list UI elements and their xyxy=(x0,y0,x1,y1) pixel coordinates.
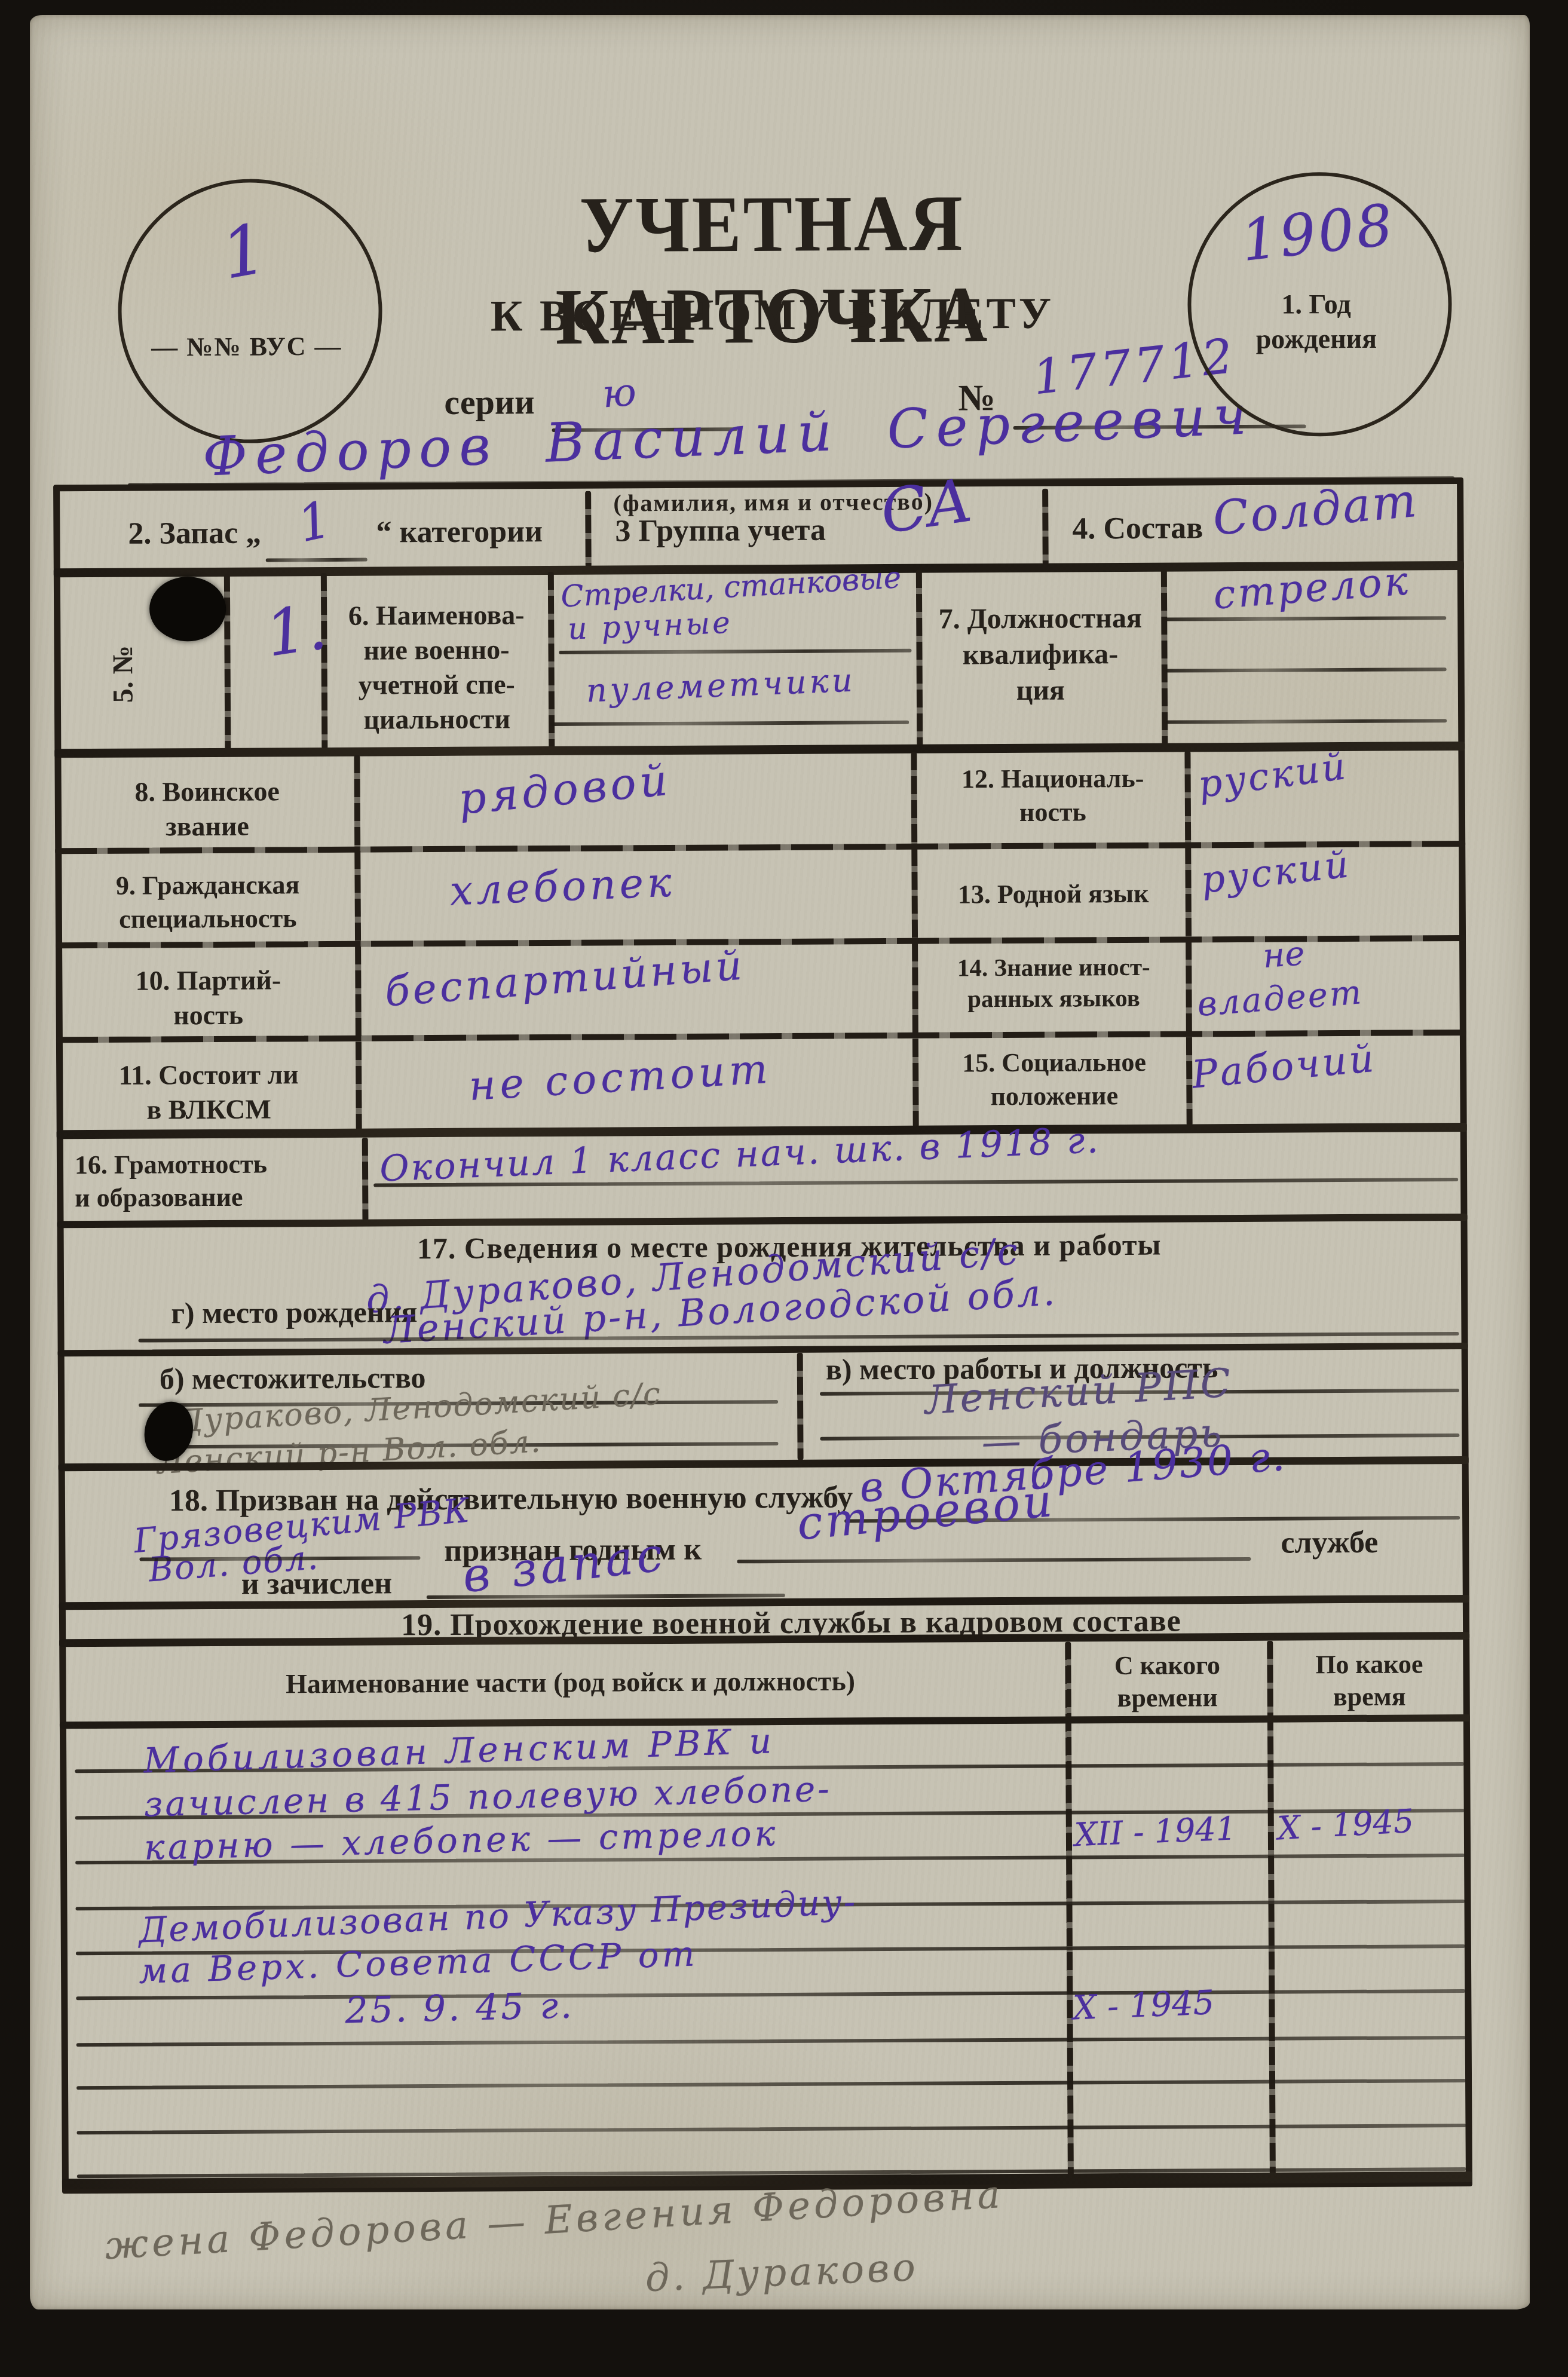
name-value: Федоров Василий Сергеевич xyxy=(201,384,1255,489)
table-col2-header-1: С какого xyxy=(1070,1650,1264,1681)
card-sheet: 1 — №№ ВУС — УЧЕТНАЯ КАРТОЧКА К ВОЕННОМУ… xyxy=(24,11,1536,2313)
row9-label-1: 9. Гражданская xyxy=(70,869,345,901)
hole-punch-top xyxy=(149,577,226,642)
service-entry2-line3: 25. 9. 45 г. xyxy=(345,1984,575,2032)
row15-label-1: 15. Социальное xyxy=(923,1046,1186,1078)
year-circle-label-1: 1. Год xyxy=(1187,287,1444,320)
field3-value: СА xyxy=(877,465,977,547)
service-entry2-from: X - 1945 xyxy=(1072,1983,1215,2027)
row2-divider-2 xyxy=(1042,489,1049,565)
row10-label-2: ность xyxy=(71,998,346,1031)
field4-label: 4. Состав xyxy=(1072,510,1203,546)
field3-label: 3 Группа учета xyxy=(615,513,826,549)
row11-label-1: 11. Состоит ли xyxy=(71,1058,346,1091)
table-col2-header-2: времени xyxy=(1070,1682,1265,1714)
row12-label-2: ность xyxy=(921,796,1184,828)
card-subtitle: К ВОЕННОМУ БИЛЕТУ xyxy=(384,288,1160,343)
scanned-military-card: { "colors": { "paper": "#c7c3b4", "print… xyxy=(0,0,1568,2377)
service-entry1-to: X - 1945 xyxy=(1276,1802,1415,1848)
service-entry1-from: XII - 1941 xyxy=(1074,1809,1237,1854)
table-col3-header-1: По какое xyxy=(1272,1649,1466,1680)
residence-label: б) местожительство xyxy=(160,1360,426,1396)
fit-suffix: службе xyxy=(1281,1525,1378,1561)
row14-label-1: 14. Знание иност- xyxy=(922,952,1185,982)
row16-label-2: и образование xyxy=(75,1182,243,1213)
row2-divider-1 xyxy=(585,491,592,568)
row14-label-2: ранных языков xyxy=(922,983,1185,1013)
footer-note-2: д. Дураково xyxy=(644,2246,919,2301)
s17-column-divider xyxy=(797,1353,804,1460)
row16-label-1: 16. Грамотность xyxy=(75,1148,267,1180)
row13-label: 13. Родной язык xyxy=(922,878,1185,909)
card-paper: 1 — №№ ВУС — УЧЕТНАЯ КАРТОЧКА К ВОЕННОМУ… xyxy=(30,15,1530,2309)
row10-label-1: 10. Партий- xyxy=(71,964,345,997)
row8-label-2: звание xyxy=(70,810,345,843)
field6-label-3: учетной спе- xyxy=(326,668,547,701)
field6-label-4: циальности xyxy=(326,703,547,736)
year-circle-label-2: рождения xyxy=(1188,322,1445,355)
row567-divider-5 xyxy=(1161,569,1168,745)
field6-value-2: и ручные xyxy=(567,605,733,647)
field2-label-b: “ категории xyxy=(376,514,543,550)
vus-circle-label: — №№ ВУС — xyxy=(118,331,375,363)
row567-divider-1 xyxy=(224,574,231,750)
row16-divider xyxy=(362,1138,369,1221)
field2-label-a: 2. Запас „ xyxy=(128,516,261,552)
row8-label-1: 8. Воинское xyxy=(70,775,345,808)
field7-label-3: ция xyxy=(923,673,1159,707)
row14-value-1: не xyxy=(1261,934,1306,976)
field7-label-1: 7. Должностная xyxy=(922,602,1158,636)
row11-label-2: в ВЛКСМ xyxy=(71,1093,346,1126)
row9-value: хлебопек xyxy=(449,859,676,915)
row15-label-2: положение xyxy=(923,1080,1186,1111)
field7-label-2: квалифика- xyxy=(922,638,1158,672)
row9-label-2: специальность xyxy=(71,903,345,935)
field5-label: 5. № xyxy=(106,645,140,703)
field6-label-2: ние военно- xyxy=(326,633,547,666)
enlisted-label: и зачислен xyxy=(241,1566,393,1601)
table-col3-header-2: время xyxy=(1272,1681,1467,1713)
field5-value: 1. xyxy=(261,590,331,671)
field6-label-1: 6. Наименова- xyxy=(326,599,547,632)
birth-place-label: г) место рождения xyxy=(171,1294,418,1330)
row12-label-1: 12. Националь- xyxy=(921,762,1184,794)
row567-divider-3 xyxy=(548,572,555,748)
table-col1-header: Наименование части (род войск и должност… xyxy=(104,1664,1036,1701)
field2-rule xyxy=(266,558,367,562)
